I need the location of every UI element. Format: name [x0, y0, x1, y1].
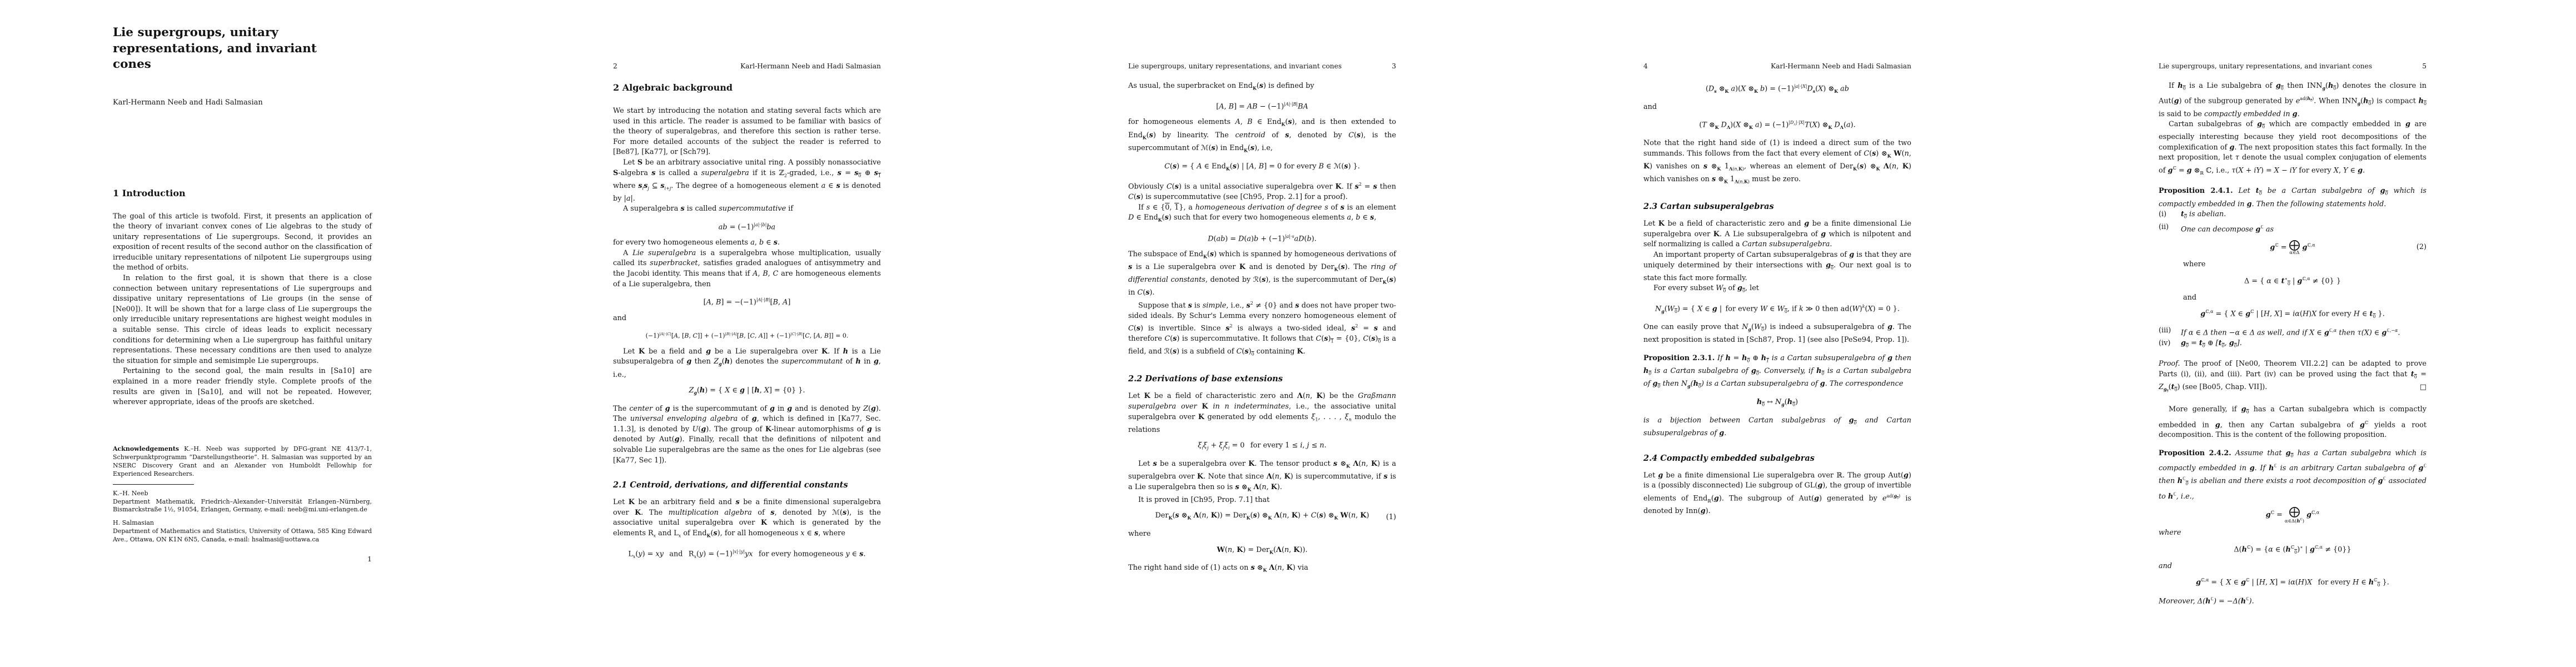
direct-sum-operator: ⨁α∈Δ(hℂ) — [2285, 506, 2304, 524]
address-name: K.–H. Neeb — [113, 490, 372, 498]
paragraph: We start by introducing the notation and… — [613, 106, 881, 158]
connector-word: and — [2183, 293, 2426, 303]
display-equation: (Ds ⊗K a)(X ⊗K b) = (−1)|a|·|X|Ds(X) ⊗K … — [1643, 81, 1911, 97]
display-equation: W(n, K) = DerK(Λ(n, K)). — [1128, 545, 1396, 559]
display-equation: (T ⊗K DΛ)(X ⊗K a) = (−1)|DΛ|·|X|T(X) ⊗K … — [1643, 117, 1911, 133]
paragraph: The subspace of EndK(s) which is spanned… — [1128, 250, 1396, 298]
paragraph: for every two homogeneous elements a, b … — [613, 238, 881, 248]
equation-rhs: gℂ,α — [2302, 243, 2315, 252]
footnote-rule — [113, 484, 194, 485]
item-label: (ii) — [2159, 222, 2181, 235]
proof: Proof. The proof of [Ne00, Theorem VII.2… — [2159, 359, 2426, 397]
subsection-heading: 2.1 Centroid, derivations, and different… — [613, 480, 881, 490]
list-item: (ii)One can decompose gℂ as — [2159, 222, 2426, 235]
operator-limits: α∈Δ(hℂ) — [2285, 517, 2304, 524]
item-text: If α ∈ Δ then −α ∈ Δ as well, and if X ∈… — [2181, 326, 2400, 339]
paragraph: Cartan subalgebras of g0 which are compa… — [2159, 120, 2426, 178]
proposition-label: Proposition 2.4.1. — [2159, 187, 2233, 195]
display-equation: [A, B] = AB − (−1)|A|·|B|BA — [1128, 99, 1396, 112]
address: Department Mathematik, Friedrich–Alexand… — [113, 498, 372, 515]
header-page-number: 4 — [1643, 62, 1648, 70]
running-header: 4 Karl-Hermann Neeb and Hadi Salmasian — [1643, 62, 1911, 70]
paragraph: If s ∈ {0, 1}, a homogeneous derivation … — [1128, 203, 1396, 226]
page-3-body: Lie supergroups, unitary representations… — [1128, 62, 1396, 576]
proof-label: Proof. — [2159, 360, 2180, 368]
item-label: (iii) — [2159, 326, 2181, 339]
oplus-symbol: ⨁ — [2289, 239, 2300, 250]
subsection-heading: 2.4 Compactly embedded subalgebras — [1643, 454, 1911, 463]
display-equation: Δ(hℂ) = {α ∈ (hℂ0)∗ | gℂ,α ≠ {0}} — [2159, 542, 2426, 558]
address-name: H. Salmasian — [113, 519, 372, 527]
item-label: (iv) — [2159, 339, 2181, 351]
running-header: Lie supergroups, unitary representations… — [2159, 62, 2426, 70]
list-item: (iv)g0 = t0 ⊕ [t0, g0]. — [2159, 339, 2426, 351]
paragraph: More generally, if g0 has a Cartan subal… — [2159, 405, 2426, 441]
header-page-number: 5 — [2422, 62, 2426, 70]
acknowledgements: Acknowledgements K.–H. Neeb was supporte… — [113, 445, 372, 478]
display-equation: ξiξj + ξjξi = 0 for every 1 ≤ i, j ≤ n. — [1128, 440, 1396, 454]
connector-word: where — [1128, 529, 1396, 540]
proposition: Proposition 2.4.2. Assume that g0 has a … — [2159, 449, 2426, 502]
operator-limits: α∈Δ — [2289, 250, 2299, 256]
proposition: Proposition 2.3.1. If h = h0 ⊕ h1 is a C… — [1643, 354, 1911, 392]
proposition: Proposition 2.4.1. Let t0 be a Cartan su… — [2159, 186, 2426, 210]
paragraph: The goal of this article is twofold. Fir… — [113, 212, 372, 274]
header-authors: Karl-Hermann Neeb and Hadi Salmasian — [1771, 62, 1911, 70]
paragraph: For every subset W0 of g0, let — [1643, 283, 1911, 296]
connector-word: and — [613, 313, 881, 324]
display-equation: D(ab) = D(a)b + (−1)|a|·saD(b). — [1128, 231, 1396, 245]
paragraph: One can easily prove that Ng(W0) is inde… — [1643, 322, 1911, 346]
section-heading-introduction: 1 Introduction — [113, 188, 372, 198]
equation-tag: (1) — [1386, 512, 1396, 523]
authors-line: Karl-Hermann Neeb and Hadi Salmasian — [113, 98, 372, 107]
header-page-number: 3 — [1392, 62, 1396, 70]
display-equation: Zg(h) = { X ∈ g | [h, X] = {0} }. — [613, 385, 881, 399]
item-label: (i) — [2159, 210, 2181, 222]
header-authors: Karl-Hermann Neeb and Hadi Salmasian — [740, 62, 881, 70]
paragraph: In relation to the first goal, it is sho… — [113, 273, 372, 366]
address: Department of Mathematics and Statistics… — [113, 527, 372, 544]
direct-sum-operator: ⨁α∈Δ — [2289, 239, 2300, 256]
page-1-body: Lie supergroups, unitary representations… — [113, 25, 372, 544]
paragraph: As usual, the superbracket on EndK(s) is… — [1128, 81, 1396, 94]
page-number: 1 — [113, 555, 372, 563]
paragraph: A Lie superalgebra is a superalgebra who… — [613, 248, 881, 290]
acknowledgements-label: Acknowledgements — [113, 445, 179, 452]
paragraph: It is proved in [Ch95, Prop. 7.1] that — [1128, 495, 1396, 506]
qed-box: □ — [2420, 382, 2426, 393]
display-equation: C(s) = { A ∈ EndK(s) | [A, B] = 0 for ev… — [1128, 161, 1396, 175]
equation-lhs: gℂ = — [2270, 243, 2286, 252]
paragraph: Let K be a field of characteristic zero … — [1128, 391, 1396, 435]
proof-text: The proof of [Ne00, Theorem VII.2.2] can… — [2159, 360, 2426, 391]
display-equation: DerK(s ⊗K Λ(n, K)) = DerK(s) ⊗K Λ(n, K) … — [1128, 510, 1396, 524]
connector-word: where — [2183, 260, 2426, 270]
display-equation: gℂ,α = { X ∈ gℂ | [H, X] = iα(H)X for ev… — [2159, 575, 2426, 591]
header-page-number: 2 — [613, 62, 617, 70]
item-text: g0 = t0 ⊕ [t0, g0]. — [2181, 339, 2242, 351]
connector-word: and — [1643, 102, 1911, 113]
proposition-label: Proposition 2.3.1. — [1643, 354, 1715, 362]
paragraph: Let s be a superalgebra over K. The tens… — [1128, 459, 1396, 495]
connector-word: and — [2159, 561, 2426, 572]
page-4: 4 Karl-Hermann Neeb and Hadi Salmasian (… — [1546, 0, 2061, 667]
paragraph: Let g be a finite dimensional Lie supera… — [1643, 471, 1911, 517]
list-item: (iii)If α ∈ Δ then −α ∈ Δ as well, and i… — [2159, 326, 2426, 339]
subsection-heading: 2.2 Derivations of base extensions — [1128, 374, 1396, 384]
display-equation: h0 ↔ Ng(h0) — [1643, 397, 1911, 411]
running-header: Lie supergroups, unitary representations… — [1128, 62, 1396, 70]
equation-tag: (2) — [2416, 242, 2426, 253]
display-equation: [A, B] = −(−1)|A|·|B|[B, A] — [613, 295, 881, 308]
paragraph: Moreover, Δ(hℂ) = −Δ(hℂ). — [2159, 594, 2426, 607]
display-equation: gℂ,α = { X ∈ gℂ | [H, X] = iα(H)X for ev… — [2159, 306, 2426, 322]
subsection-heading: 2.3 Cartan subsuperalgebras — [1643, 202, 1911, 211]
paragraph: Let K be an arbitrary field and s be a f… — [613, 497, 881, 541]
paragraph: Let K be a field of characteristic zero … — [1643, 219, 1911, 250]
document-canvas: arXiv:1012.2809v1 [math.RT] 13 Dec 2010 … — [0, 0, 2576, 667]
paragraph: The center of g is the supercommutant of… — [613, 404, 881, 466]
section-heading: 2 Algebraic background — [613, 82, 881, 93]
paragraph: Note that the right hand side of (1) is … — [1643, 138, 1911, 187]
paragraph: A superalgebra s is called supercommutat… — [613, 204, 881, 215]
page-4-body: 4 Karl-Hermann Neeb and Hadi Salmasian (… — [1643, 62, 1911, 517]
display-equation: Ng(W0) = { X ∈ g | for every W ∈ W0, if … — [1643, 301, 1911, 317]
proposition-label: Proposition 2.4.2. — [2159, 449, 2231, 457]
item-text: One can decompose gℂ as — [2181, 222, 2274, 235]
item-text: t0 is abelian. — [2181, 210, 2226, 222]
paragraph: for homogeneous elements A, B ∈ EndK(s),… — [1128, 117, 1396, 156]
list-item: (i)t0 is abelian. — [2159, 210, 2426, 222]
page-2: 2 Karl-Hermann Neeb and Hadi Salmasian 2… — [515, 0, 1030, 667]
display-equation: Lx(y) = xy and Rx(y) = (−1)|x|·|y|yx for… — [613, 546, 881, 563]
paragraph: Let K be a field and g be a Lie superalg… — [613, 347, 881, 380]
paragraph: Let S be an arbitrary associative unital… — [613, 158, 881, 204]
paragraph: If h0 is a Lie subalgebra of g0 then INN… — [2159, 81, 2426, 120]
equation-body: DerK(s ⊗K Λ(n, K)) = DerK(s) ⊗K Λ(n, K) … — [1155, 511, 1369, 520]
paragraph: Suppose that s is simple, i.e., s2 ≠ {0}… — [1128, 298, 1396, 360]
header-title: Lie supergroups, unitary representations… — [2159, 62, 2372, 70]
equation-rhs: gℂ,α — [2306, 511, 2319, 519]
display-equation: ab = (−1)|a|·|b|ba — [613, 220, 881, 233]
header-title: Lie supergroups, unitary representations… — [1128, 62, 1342, 70]
page-5-body: Lie supergroups, unitary representations… — [2159, 62, 2426, 607]
proposition-text: is a bijection between Cartan subalgebra… — [1643, 416, 1911, 439]
page-3: Lie supergroups, unitary representations… — [1030, 0, 1546, 667]
display-equation: Δ = { α ∈ t∗0 | gℂ,α ≠ {0} } — [2159, 273, 2426, 290]
running-header: 2 Karl-Hermann Neeb and Hadi Salmasian — [613, 62, 881, 70]
paragraph: Pertaining to the second goal, the main … — [113, 366, 372, 407]
page-2-body: 2 Karl-Hermann Neeb and Hadi Salmasian 2… — [613, 62, 881, 568]
paper-title: Lie supergroups, unitary representations… — [113, 25, 357, 73]
paragraph: The right hand side of (1) acts on s ⊗K … — [1128, 563, 1396, 576]
connector-word: where — [2159, 528, 2426, 539]
equation-lhs: gℂ = — [2266, 511, 2283, 519]
page-1: Lie supergroups, unitary representations… — [0, 0, 515, 667]
display-equation: gℂ =⨁α∈Δgℂ,α (2) — [2159, 239, 2426, 256]
display-equation: gℂ =⨁α∈Δ(hℂ)gℂ,α — [2159, 506, 2426, 524]
paragraph: Obviously C(s) is a unital associative s… — [1128, 180, 1396, 202]
display-equation: (−1)|A|·|C|[A, [B, C]] + (−1)|B|·|A|[B, … — [613, 328, 881, 342]
oplus-symbol: ⨁ — [2289, 506, 2300, 517]
paragraph: An important property of Cartan subsuper… — [1643, 250, 1911, 283]
page-5: Lie supergroups, unitary representations… — [2061, 0, 2576, 667]
